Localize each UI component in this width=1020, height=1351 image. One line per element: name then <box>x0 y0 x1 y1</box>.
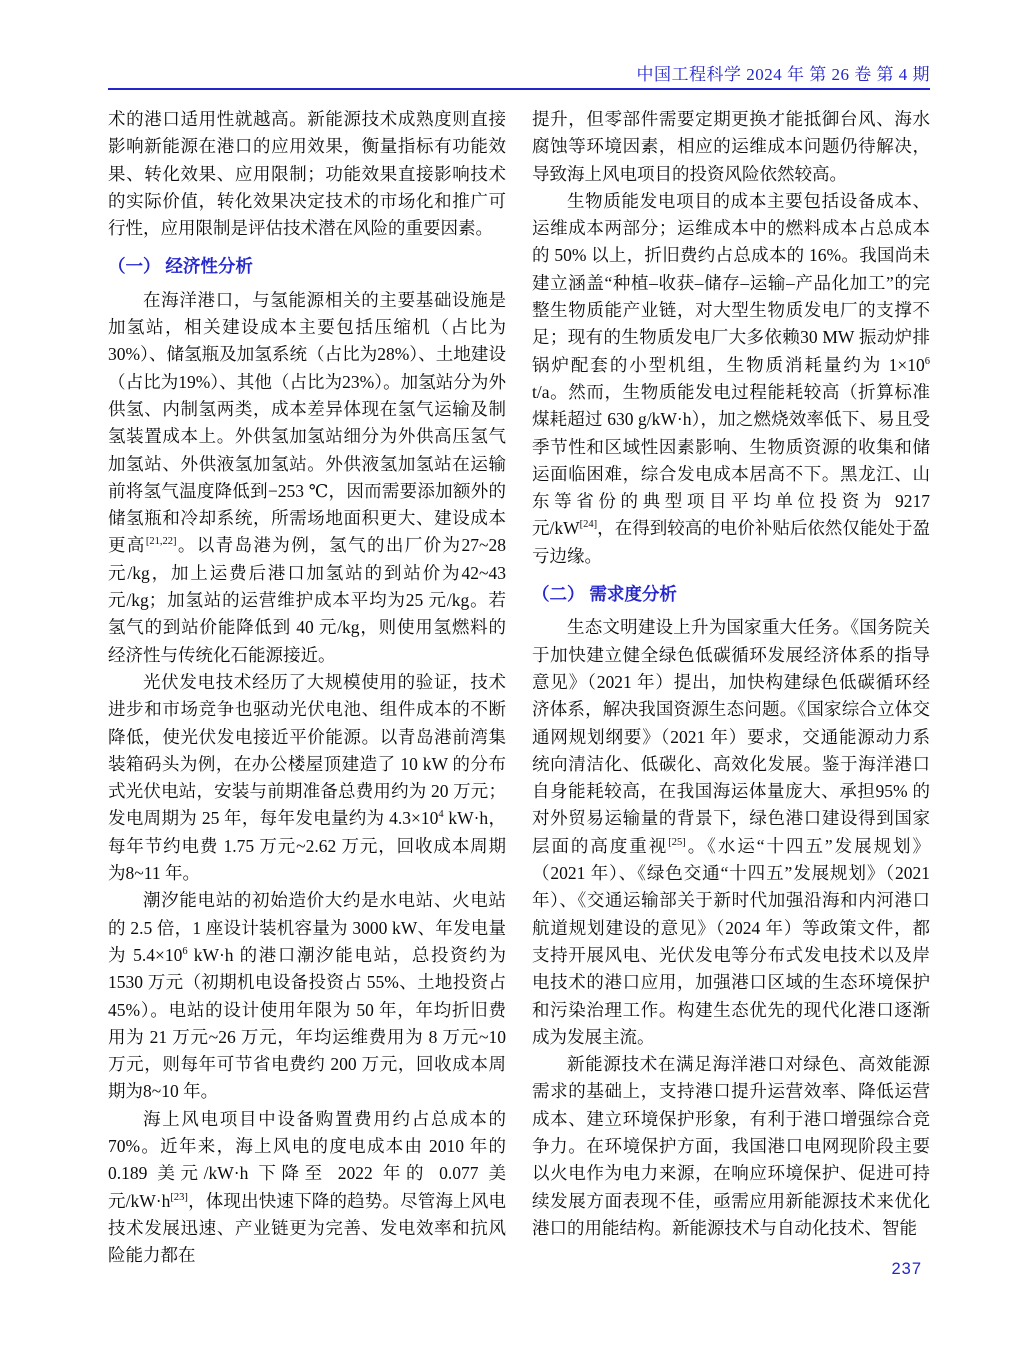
superscript-text: 6 <box>182 946 187 957</box>
superscript-text: [21,22] <box>146 537 177 548</box>
body-paragraph: 光伏发电技术经历了大规模使用的验证，技术进步和市场竞争也驱动光伏电池、组件成本的… <box>108 669 506 887</box>
body-paragraph: 新能源技术在满足海洋港口对绿色、高效能源需求的基础上，支持港口提升运营效率、降低… <box>532 1051 930 1242</box>
section-heading: （一） 经济性分析 <box>108 253 506 280</box>
superscript-text: [24] <box>580 520 598 531</box>
body-paragraph: 潮汐能电站的初始造价大约是水电站、火电站的 2.5 倍，1 座设计装机容量为 3… <box>108 887 506 1105</box>
body-paragraph: 术的港口适用性就越高。新能源技术成熟度则直接影响新能源在港口的应用效果，衡量指标… <box>108 106 506 242</box>
journal-header-line: 中国工程科学 2024 年 第 26 卷 第 4 期 <box>108 60 930 85</box>
body-paragraph: 生态文明建设上升为国家重大任务。《国务院关于加快建立健全绿色低碳循环发展经济体系… <box>532 614 930 1051</box>
right-column: 提升，但零部件需要定期更换才能抵御台风、海水腐蚀等环境因素，相应的运维成本问题仍… <box>532 106 930 1269</box>
left-column: 术的港口适用性就越高。新能源技术成熟度则直接影响新能源在港口的应用效果，衡量指标… <box>108 106 506 1269</box>
page-body: 术的港口适用性就越高。新能源技术成熟度则直接影响新能源在港口的应用效果，衡量指标… <box>108 106 930 1269</box>
superscript-text: 4 <box>438 810 443 821</box>
body-paragraph: 生物质能发电项目的成本主要包括设备成本、运维成本两部分；运维成本中的燃料成本占总… <box>532 188 930 570</box>
header-rule <box>108 88 930 90</box>
superscript-text: 6 <box>925 356 930 367</box>
body-paragraph: 提升，但零部件需要定期更换才能抵御台风、海水腐蚀等环境因素，相应的运维成本问题仍… <box>532 106 930 188</box>
body-paragraph: 海上风电项目中设备购置费用约占总成本的70%。近年来，海上风电的度电成本由 20… <box>108 1106 506 1270</box>
journal-page: 中国工程科学 2024 年 第 26 卷 第 4 期 术的港口适用性就越高。新能… <box>0 0 1020 1351</box>
superscript-text: [25] <box>668 837 686 848</box>
body-paragraph: 在海洋港口，与氢能源相关的主要基础设施是加氢站，相关建设成本主要包括压缩机（占比… <box>108 287 506 669</box>
page-number: 237 <box>891 1260 922 1279</box>
section-heading: （二） 需求度分析 <box>532 581 930 608</box>
superscript-text: [23] <box>170 1192 188 1203</box>
